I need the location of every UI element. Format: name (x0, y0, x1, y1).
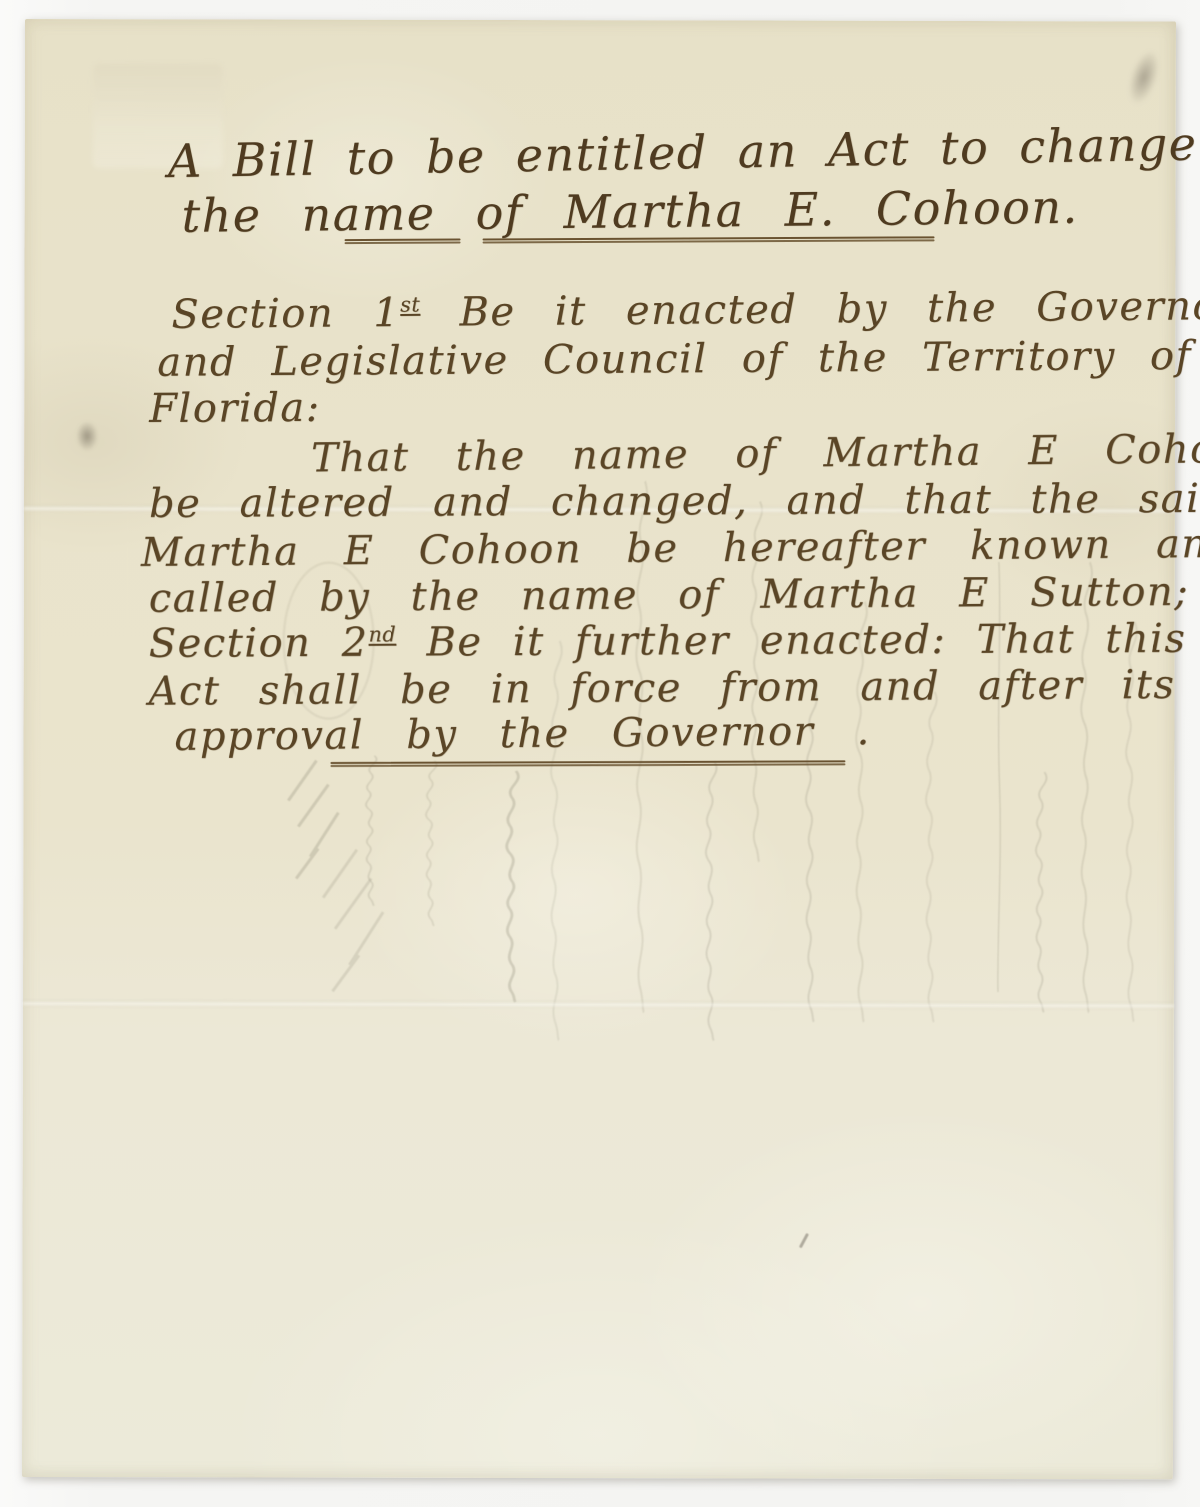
section2-ordinal-suffix: nd (368, 622, 396, 646)
section1-label: Section 1 (171, 290, 400, 338)
section1-ordinal-suffix: st (400, 292, 420, 316)
clause-line-1: That the name of Martha E Cohoon (311, 426, 1200, 482)
section2-line-1: Section 2nd Be it further enacted: That … (149, 616, 1187, 667)
clause-line-3: Martha E Cohoon be hereafter known and (141, 521, 1200, 576)
section1-line-3: Florida: (149, 385, 321, 432)
clause-line-2: be altered and changed, and that the sai… (149, 476, 1200, 527)
section1-text: Be it enacted by the Governor (420, 283, 1200, 336)
section2-line-2: Act shall be in force from and after its (148, 662, 1175, 715)
section2-line-3: approval by the Governor . (174, 708, 871, 760)
clause-line-4: called by the name of Martha E Sutton; (149, 569, 1190, 622)
section1-line-2: and Legislative Council of the Territory… (157, 333, 1192, 386)
section1-line-1: Section 1st Be it enacted by the Governo… (171, 283, 1200, 338)
scan-background: { "document": { "kind": "handwritten leg… (0, 0, 1200, 1507)
document-page: A Bill to be entitled an Act to change t… (22, 19, 1176, 1479)
section2-label: Section 2 (149, 620, 369, 667)
title-line-2: the name of Martha E. Cohoon. (181, 180, 1078, 243)
section2-text: Be it further enacted: That this (396, 616, 1186, 666)
ink-stain (76, 421, 98, 451)
